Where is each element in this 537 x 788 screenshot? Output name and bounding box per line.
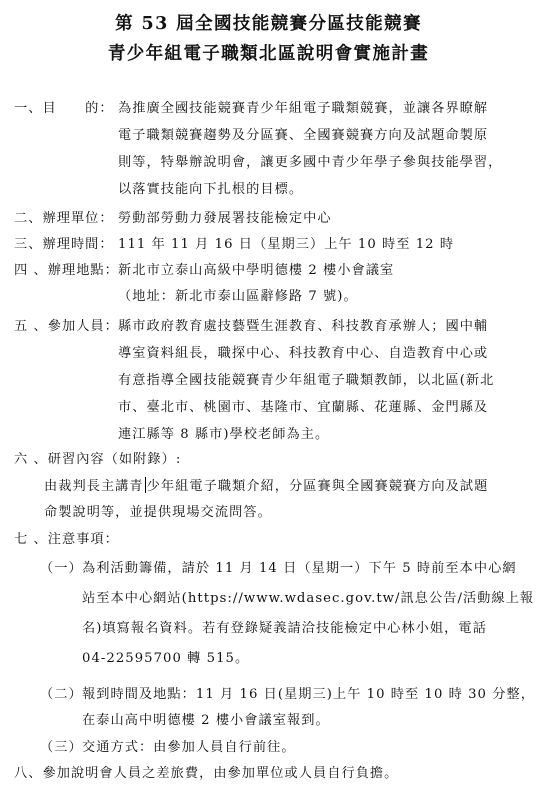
section-6-text-after-cursor: 少年組電子職類介紹，分區賽與全國賽競賽方向及試題: [147, 479, 489, 494]
section-5-line: 縣市政府教育處技藝暨生涯教育、科技教育承辦人；國中輔: [118, 318, 488, 336]
section-8-text: 八、參加說明會人員之差旅費，由參加單位或人員自行負擔。: [14, 765, 398, 783]
section-6-line-1[interactable]: 由裁判長主講青少年組電子職類介紹，分區賽與全國賽競賽方向及試題: [44, 477, 488, 496]
section-6-label: 六 、研習內容（如附錄）:: [14, 451, 181, 469]
notice-2-line: 在泰山高中明德樓 2 樓小會議室報到。: [82, 712, 330, 730]
section-1-line: 為推廣全國技能競賽青少年組電子職類競賽，並讓各界瞭解: [118, 100, 488, 118]
notice-2-line: 報到時間及地點：11 月 16 日(星期三)上午 10 時至 10 時 30 分…: [82, 686, 535, 704]
document-title-line-1: 第 53 屆全國技能競賽分區技能競賽: [0, 10, 537, 35]
section-3-label: 三、辦理時間：: [14, 236, 114, 254]
section-6-text-before-cursor: 由裁判長主講青: [44, 479, 144, 494]
section-5-line: 有意指導全國技能競賽青少年組電子職類教師，以北區(新北: [118, 372, 494, 390]
notice-1-marker: （一）: [40, 560, 83, 578]
section-4-text: 新北市立泰山高級中學明德樓 2 樓小會議室: [118, 262, 394, 280]
notice-2-marker: （二）: [40, 686, 83, 704]
section-2-text: 勞動部勞動力發展署技能檢定中心: [118, 210, 332, 228]
section-5-line: 市、臺北市、桃園市、基隆市、宜蘭縣、花蓮縣、金門縣及: [118, 399, 488, 417]
notice-1-line: 名)填寫報名資料。若有登錄疑義請洽技能檢定中心林小姐，電話: [82, 620, 487, 638]
section-4-label: 四 、辦理地點：: [14, 262, 119, 280]
document-title-line-2: 青少年組電子職類北區說明會實施計畫: [0, 40, 537, 65]
notice-1-line: 站至本中心網站(https://www.wdasec.gov.tw/訊息公告/活…: [82, 590, 534, 608]
section-1-line: 則等，特舉辦說明會，讓更多國中青少年學子參與技能學習，: [118, 154, 502, 172]
section-2-label: 二、辦理單位：: [14, 210, 114, 228]
section-1-label: 一、目 的：: [14, 100, 114, 118]
notice-1-line: 04-22595700 轉 515。: [82, 650, 249, 668]
section-3-text: 111 年 11 月 16 日（星期三）上午 10 時至 12 時: [118, 236, 454, 254]
section-1-line: 電子職類競賽趨勢及分區賽、全國賽競賽方向及試題命製原: [118, 127, 488, 145]
section-7-label: 七 、注意事項：: [14, 531, 119, 549]
section-5-line: 導室資料組長，職探中心、科技教育中心、自造教育中心或: [118, 345, 488, 363]
section-5-label: 五 、參加人員：: [14, 318, 119, 336]
notice-3-marker: （三）: [40, 739, 83, 757]
section-6-line-2: 命製說明等，並提供現場交流問答。: [44, 504, 272, 522]
section-4-address: （地址：新北市泰山區辭修路 7 號)。: [118, 288, 358, 306]
section-5-line: 連江縣等 8 縣市)學校老師為主。: [118, 426, 329, 444]
notice-1-line: 為利活動籌備，請於 11 月 14 日（星期一）下午 5 時前至本中心網: [82, 560, 517, 578]
text-cursor: [145, 477, 146, 493]
notice-3-line: 交通方式：由參加人員自行前往。: [82, 739, 296, 757]
section-1-line: 以落實技能向下扎根的目標。: [118, 181, 303, 199]
